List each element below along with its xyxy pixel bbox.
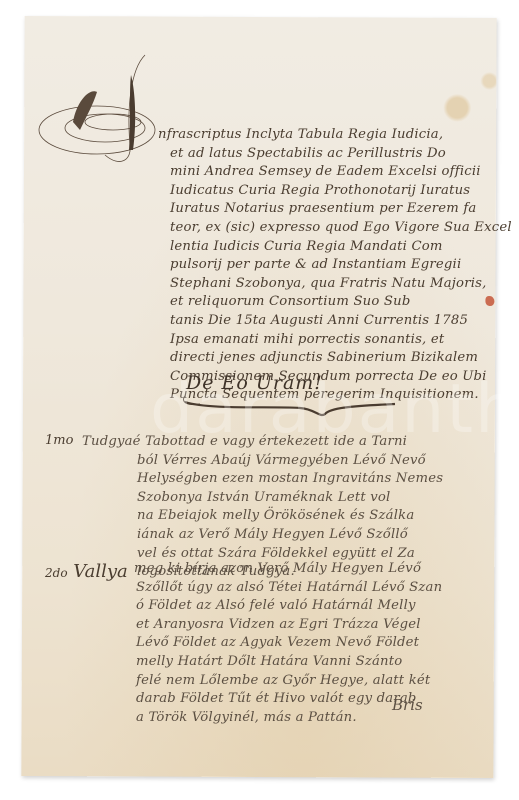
text-line: Szőllőt úgy az alsó Tétei Határnál Lévő … [136,579,442,598]
text-line: Helységben ezen mostan Ingravitáns Nemes [137,470,443,489]
text-line: tanis Die 15ta Augusti Anni Currentis 17… [170,312,512,331]
text-line: Iudicatus Curia Regia Prothonotarij Iura… [170,182,512,201]
text-line: et Aranyosra Vidzen az Egri Trázza Végel [136,616,442,635]
signature-mark: Bris [392,696,423,714]
section-heading: De Eo Uram! [186,372,323,394]
text-line: Stephani Szobonya, qua Fratris Natu Majo… [170,275,512,294]
item-number-1: 1mo [45,433,73,448]
text-line: felé nem Lőlembe az Győr Hegye, alatt ké… [136,672,442,691]
text-line: meg ki bírja azon Verő Mály Hegyen Lévő [134,560,442,579]
heading-flourish-icon [180,392,400,422]
text-line: ó Földet az Alsó felé való Határnál Mell… [136,597,442,616]
item-lead-word: Vallya [73,561,128,582]
opening-paragraph: nfrascriptus Inclyta Tabula Regia Iudici… [170,126,512,405]
text-line: directi jenes adjunctis Sabinerium Bizik… [170,349,512,368]
item-number-label: 2do [45,566,68,580]
text-line: lentia Iudicis Curia Regia Mandati Com [170,238,512,257]
text-line: mini Andrea Semsey de Eadem Excelsi offi… [170,163,512,182]
decorative-initial-i [35,50,175,170]
text-line: na Ebeiajok melly Örökösének és Szálka [137,507,443,526]
text-line: iának az Verő Mály Hegyen Lévő Szőllő [137,526,443,545]
text-line: Lévő Földet az Agyak Vezem Nevő Földet [136,634,442,653]
text-line: Tudgyaé Tabottad e vagy értekezett ide a… [82,433,443,452]
text-line: melly Határt Dőlt Határa Vanni Szánto [136,653,442,672]
text-line: ból Vérres Abaúj Vármegyében Lévő Nevő [137,452,443,471]
text-line: nfrascriptus Inclyta Tabula Regia Iudici… [158,126,512,145]
text-line: pulsorij per parte & ad Instantiam Egreg… [170,256,512,275]
text-line: et ad latus Spectabilis ac Perillustris … [170,145,512,164]
text-line: Iuratus Notarius praesentium per Ezerem … [170,200,512,219]
text-line: teor, ex (sic) expresso quod Ego Vigore … [170,219,512,238]
text-line: Szobonya István Uraméknak Lett vol [137,489,443,508]
item-number-2: 2do Vallya [45,561,128,582]
text-line: Ipsa emanati mihi porrectis sonantis, et [170,331,512,350]
text-line: et reliquorum Consortium Suo Sub [170,293,512,312]
